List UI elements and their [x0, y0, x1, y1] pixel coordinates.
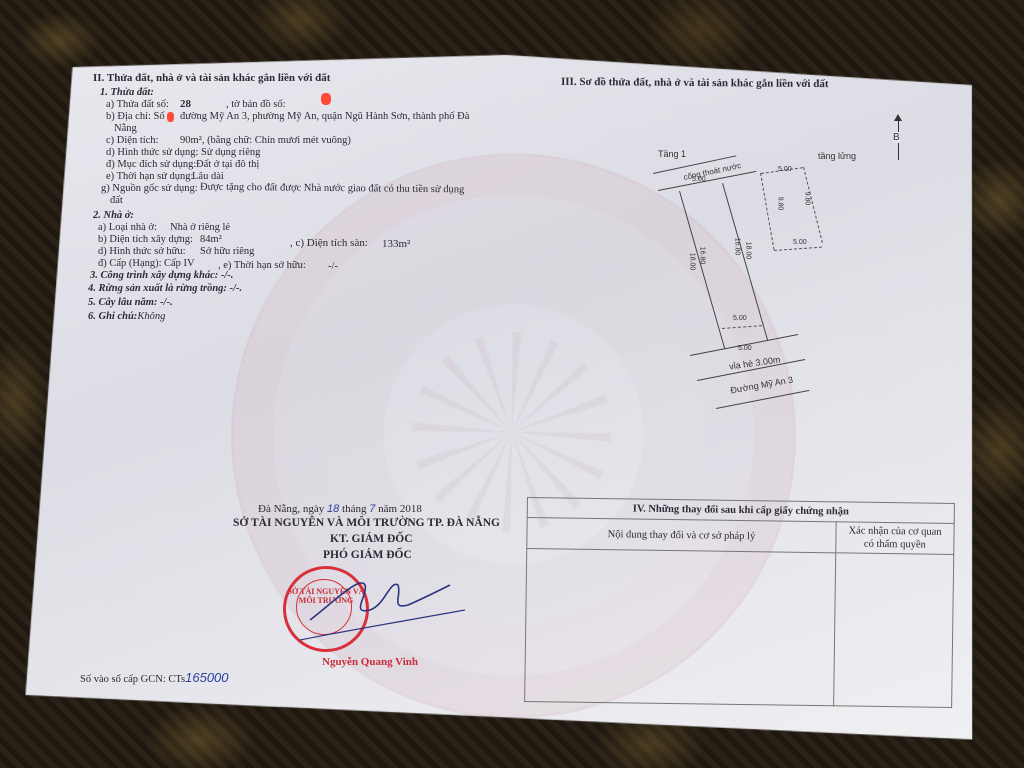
- note-label: 6. Ghi chú:: [88, 311, 137, 322]
- origin-value-cont: đất: [110, 195, 123, 206]
- year-label: năm 2018: [378, 503, 422, 515]
- dim-top: 5.00: [692, 176, 706, 183]
- north-arrow: B: [893, 114, 905, 160]
- floor1-label: Tầng 1: [658, 149, 686, 159]
- ownership-form-label: d) Hình thức sở hữu:: [98, 246, 186, 257]
- address-label: b) Địa chỉ: Số: [106, 111, 165, 122]
- redacted-house-number: [167, 112, 174, 122]
- grade-value: Cấp IV: [164, 258, 195, 269]
- land-number-value: 28: [180, 98, 191, 110]
- dim-mezz-top: 5.00: [778, 166, 792, 173]
- signer-name: Nguyễn Quang Vinh: [322, 656, 418, 668]
- floor-area-value: 133m²: [382, 238, 410, 250]
- address-value-cont: Nẵng: [114, 123, 137, 134]
- authority-confirmation-cell: [834, 553, 954, 708]
- address-value: đường Mỹ An 3, phường Mỹ An, quận Ngũ Hà…: [180, 111, 469, 122]
- dim-mezz-left: 9.80: [776, 197, 783, 211]
- use-term-label: e) Thời hạn sử dụng:: [106, 171, 193, 182]
- house-type-label: a) Loại nhà ở:: [98, 222, 157, 233]
- date-prefix: Đà Nẵng, ngày: [258, 503, 324, 515]
- col-authority-line1: Xác nhận của cơ quan: [840, 524, 949, 539]
- house-type-value: Nhà ở riêng lẻ: [170, 222, 230, 233]
- col-authority-confirmation: Xác nhận của cơ quan có thẩm quyền: [836, 522, 954, 555]
- register-label: Số vào sổ cấp GCN: CTs: [80, 674, 185, 685]
- role-director: KT. GIÁM ĐỐC: [330, 533, 413, 545]
- north-label: B: [893, 132, 900, 143]
- col-authority-line2: có thẩm quyền: [840, 537, 949, 552]
- date-day: 18: [327, 503, 339, 515]
- dim-right-inner: 16.80: [733, 238, 740, 256]
- use-purpose-label: đ) Mục đích sử dụng:: [106, 159, 196, 170]
- dim-inner-bottom: 5.00: [733, 315, 747, 322]
- perennial-trees: 5. Cây lâu năm: -/-.: [88, 297, 173, 308]
- use-form-value: Sử dụng riêng: [201, 147, 260, 158]
- section2-title: II. Thửa đất, nhà ở và tài sản khác gắn …: [93, 72, 330, 84]
- redacted-map-number: [321, 93, 331, 105]
- month-label: tháng: [342, 503, 366, 515]
- grade-label: đ) Cấp (Hạng):: [98, 258, 162, 269]
- dim-mezz-right: 9.80: [803, 192, 810, 206]
- issue-date: Đà Nẵng, ngày 18 tháng 7 năm 2018: [258, 503, 422, 515]
- area-value: 90m², (bằng chữ: Chín mươi mét vuông): [180, 135, 351, 146]
- use-term-value: Lâu dài: [192, 171, 224, 182]
- area-label: c) Diện tích:: [106, 135, 158, 146]
- issuing-agency: SỞ TÀI NGUYÊN VÀ MÔI TRƯỜNG TP. ĐÀ NẴNG: [233, 517, 500, 529]
- change-content-cell: [525, 549, 836, 706]
- construction-area-label: b) Diện tích xây dựng:: [98, 234, 193, 245]
- mezzanine-label: tầng lửng: [818, 151, 856, 161]
- land-number-label: a) Thửa đất số:: [106, 99, 169, 110]
- ownership-term-value: -/-: [328, 261, 338, 272]
- floor-area-label: , c) Diện tích sàn:: [290, 237, 368, 249]
- section3-title: III. Sơ đồ thửa đất, nhà ở và tài sản kh…: [561, 76, 829, 90]
- dim-left-outer: 18.00: [688, 253, 695, 271]
- other-construction: 3. Công trình xây dựng khác: -/-.: [90, 270, 233, 281]
- dim-bottom: 5.00: [738, 345, 752, 352]
- use-purpose-value: Đất ở tại đô thị: [196, 159, 259, 170]
- col-change-content: Nội dung thay đổi và cơ sở pháp lý: [527, 518, 836, 553]
- date-month: 7: [369, 503, 375, 515]
- changes-table: IV. Những thay đổi sau khi cấp giấy chứn…: [524, 497, 955, 708]
- register-number: Số vào sổ cấp GCN: CTs165000: [80, 670, 229, 685]
- dim-right-outer: 18.00: [744, 242, 751, 260]
- register-value: 165000: [185, 670, 228, 685]
- use-form-label: d) Hình thức sử dụng:: [106, 147, 198, 158]
- handwritten-signature: [290, 565, 470, 655]
- note-value: Không: [137, 311, 165, 322]
- dim-left-inner: 16.80: [698, 247, 705, 265]
- ownership-form-value: Sở hữu riêng: [200, 246, 254, 257]
- origin-label: g) Nguồn gốc sử dụng:: [101, 183, 198, 194]
- land-heading: 1. Thửa đất:: [100, 87, 154, 98]
- map-sheet-label: , tờ bản đồ số:: [226, 99, 286, 110]
- construction-area-value: 84m²: [200, 234, 222, 245]
- house-heading: 2. Nhà ở:: [93, 210, 134, 221]
- role-deputy-director: PHÓ GIÁM ĐỐC: [323, 549, 412, 561]
- dim-mezz-bottom: 5.00: [793, 239, 807, 246]
- planted-forest: 4. Rừng sản xuất là rừng trồng: -/-.: [88, 283, 242, 294]
